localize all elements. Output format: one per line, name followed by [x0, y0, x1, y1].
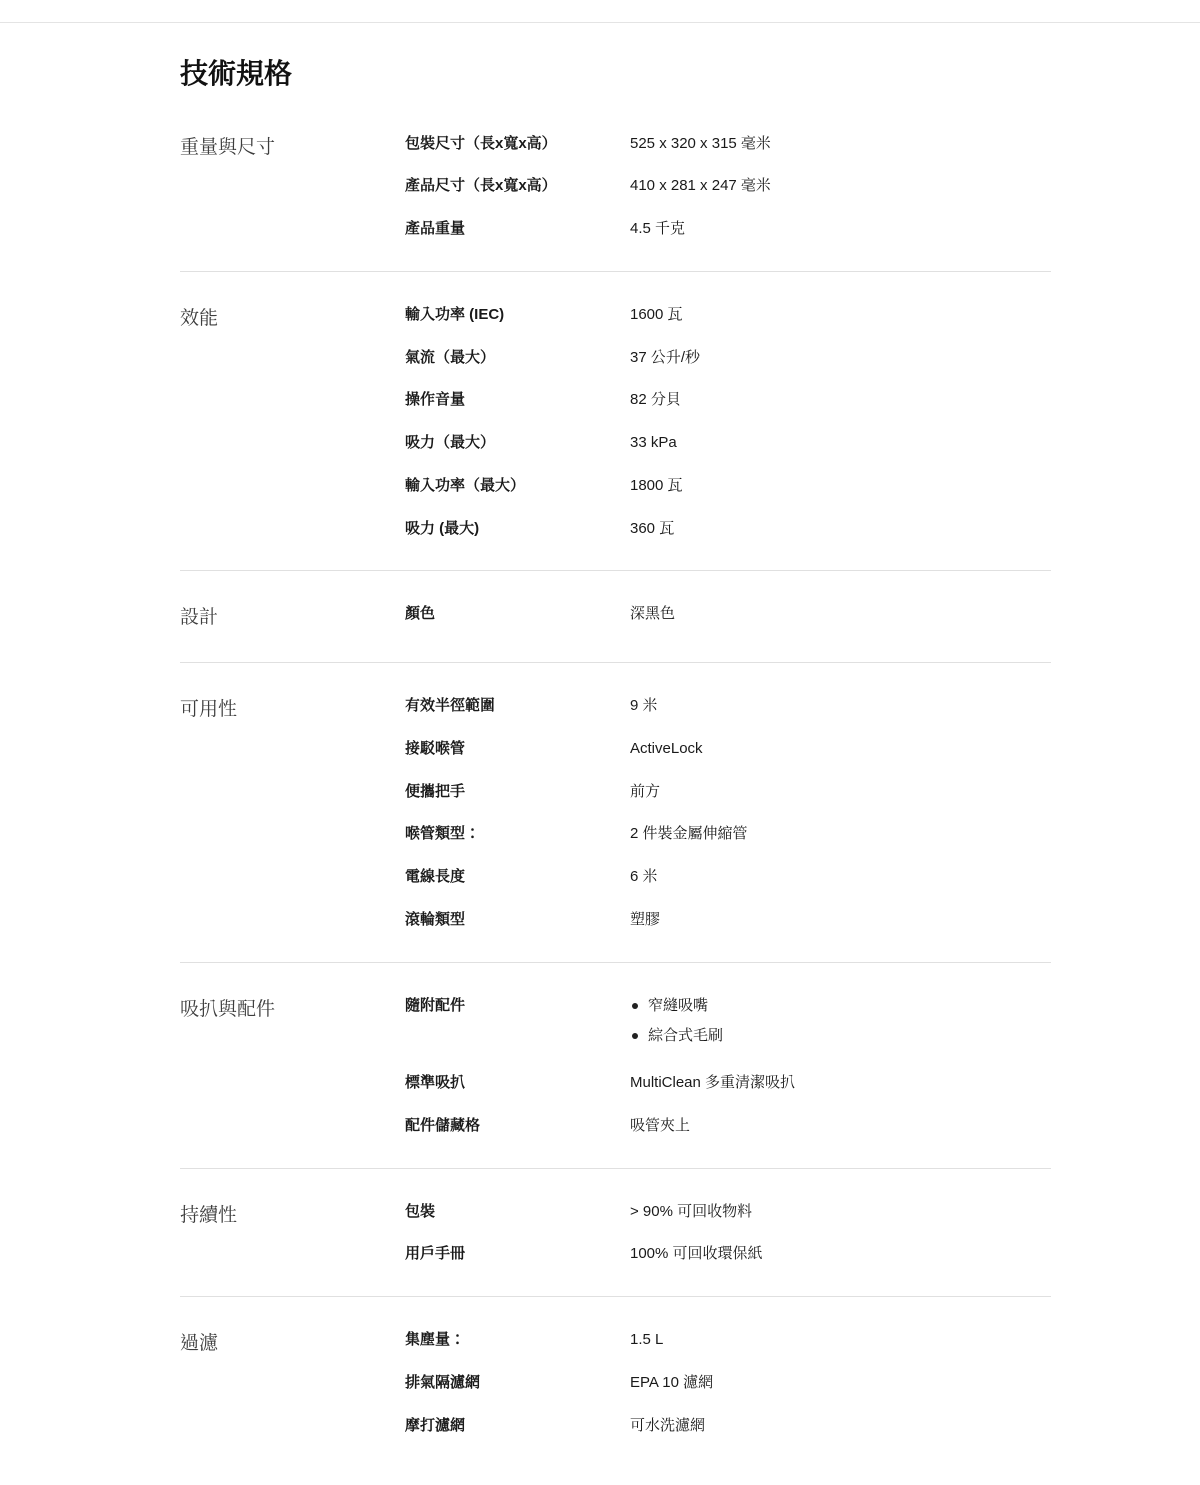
spec-row: 輸入功率（最大）1800 瓦: [405, 477, 1051, 496]
spec-list-item: 綜合式毛刷: [630, 1027, 1051, 1046]
spec-section: 過濾集塵量：1.5 L排氣隔濾網EPA 10 濾網摩打濾網可水洗濾網: [180, 1297, 1051, 1467]
spec-value: 吸管夾上: [630, 1117, 1051, 1136]
spec-row: 標準吸扒MultiClean 多重清潔吸扒: [405, 1074, 1051, 1093]
bullet-icon: [632, 1033, 638, 1039]
spec-name: 排氣隔濾網: [405, 1374, 630, 1393]
spec-row: 滾輪類型塑膠: [405, 911, 1051, 930]
spec-value: 410 x 281 x 247 毫米: [630, 177, 1051, 196]
spec-value: ActiveLock: [630, 740, 1051, 759]
spec-name: 用戶手冊: [405, 1245, 630, 1264]
spec-name: 有效半徑範圍: [405, 697, 630, 716]
spec-row: 喉管類型：2 件裝金屬伸縮管: [405, 825, 1051, 844]
spec-row: 接駁喉管ActiveLock: [405, 740, 1051, 759]
section-rows: 顏色深黑色: [405, 605, 1051, 630]
spec-value: 33 kPa: [630, 434, 1051, 453]
spec-value: 9 米: [630, 697, 1051, 716]
spec-name: 配件儲藏格: [405, 1117, 630, 1136]
spec-row: 吸力 (最大)360 瓦: [405, 520, 1051, 539]
spec-page: 技術規格 重量與尺寸包裝尺寸（長x寬x高）525 x 320 x 315 毫米產…: [0, 57, 1200, 1485]
spec-name: 隨附配件: [405, 997, 630, 1047]
spec-row: 配件儲藏格吸管夾上: [405, 1117, 1051, 1136]
spec-value: 4.5 千克: [630, 220, 1051, 239]
spec-row: 用戶手冊100% 可回收環保紙: [405, 1245, 1051, 1264]
spec-value: 1600 瓦: [630, 306, 1051, 325]
spec-section: 持續性包裝> 90% 可回收物料用戶手冊100% 可回收環保紙: [180, 1169, 1051, 1298]
spec-row: 電線長度6 米: [405, 868, 1051, 887]
spec-value: 1.5 L: [630, 1331, 1051, 1350]
section-rows: 輸入功率 (IEC)1600 瓦氣流（最大）37 公升/秒操作音量82 分貝吸力…: [405, 306, 1051, 539]
spec-name: 輸入功率 (IEC): [405, 306, 630, 325]
section-label: 持續性: [180, 1203, 405, 1265]
spec-row: 輸入功率 (IEC)1600 瓦: [405, 306, 1051, 325]
spec-section: 可用性有效半徑範圍9 米接駁喉管ActiveLock便攜把手前方喉管類型：2 件…: [180, 663, 1051, 963]
spec-row: 氣流（最大）37 公升/秒: [405, 349, 1051, 368]
spec-row: 吸力（最大）33 kPa: [405, 434, 1051, 453]
spec-section: 重量與尺寸包裝尺寸（長x寬x高）525 x 320 x 315 毫米產品尺寸（長…: [180, 101, 1051, 272]
section-rows: 包裝尺寸（長x寬x高）525 x 320 x 315 毫米產品尺寸（長x寬x高）…: [405, 135, 1051, 239]
spec-name: 氣流（最大）: [405, 349, 630, 368]
page-top-divider: [0, 22, 1200, 23]
page-title: 技術規格: [180, 57, 1051, 91]
section-rows: 隨附配件窄縫吸嘴綜合式毛刷標準吸扒MultiClean 多重清潔吸扒配件儲藏格吸…: [405, 997, 1051, 1136]
spec-value-list: 窄縫吸嘴綜合式毛刷: [630, 997, 1051, 1047]
spec-name: 產品尺寸（長x寬x高）: [405, 177, 630, 196]
spec-row: 包裝> 90% 可回收物料: [405, 1203, 1051, 1222]
spec-value: 37 公升/秒: [630, 349, 1051, 368]
spec-value: 360 瓦: [630, 520, 1051, 539]
section-label: 可用性: [180, 697, 405, 930]
spec-value: 1800 瓦: [630, 477, 1051, 496]
spec-value: 6 米: [630, 868, 1051, 887]
spec-name: 摩打濾網: [405, 1417, 630, 1436]
spec-name: 產品重量: [405, 220, 630, 239]
spec-row: 排氣隔濾網EPA 10 濾網: [405, 1374, 1051, 1393]
section-label: 吸扒與配件: [180, 997, 405, 1136]
section-label: 重量與尺寸: [180, 135, 405, 239]
spec-name: 集塵量：: [405, 1331, 630, 1350]
spec-name: 顏色: [405, 605, 630, 624]
section-label: 效能: [180, 306, 405, 539]
spec-name: 包裝尺寸（長x寬x高）: [405, 135, 630, 154]
spec-row: 顏色深黑色: [405, 605, 1051, 624]
spec-value: EPA 10 濾網: [630, 1374, 1051, 1393]
spec-name: 吸力（最大）: [405, 434, 630, 453]
spec-row: 有效半徑範圍9 米: [405, 697, 1051, 716]
spec-row: 集塵量：1.5 L: [405, 1331, 1051, 1350]
spec-row: 產品尺寸（長x寬x高）410 x 281 x 247 毫米: [405, 177, 1051, 196]
spec-row: 摩打濾網可水洗濾網: [405, 1417, 1051, 1436]
spec-section: 設計顏色深黑色: [180, 571, 1051, 663]
spec-name: 標準吸扒: [405, 1074, 630, 1093]
spec-value: MultiClean 多重清潔吸扒: [630, 1074, 1051, 1093]
spec-list-item-label: 綜合式毛刷: [648, 1027, 723, 1046]
spec-name: 包裝: [405, 1203, 630, 1222]
spec-value: 82 分貝: [630, 391, 1051, 410]
spec-row: 產品重量4.5 千克: [405, 220, 1051, 239]
spec-name: 電線長度: [405, 868, 630, 887]
spec-section: 吸扒與配件隨附配件窄縫吸嘴綜合式毛刷標準吸扒MultiClean 多重清潔吸扒配…: [180, 963, 1051, 1169]
spec-value: 2 件裝金屬伸縮管: [630, 825, 1051, 844]
spec-name: 輸入功率（最大）: [405, 477, 630, 496]
spec-value: 100% 可回收環保紙: [630, 1245, 1051, 1264]
spec-sections: 重量與尺寸包裝尺寸（長x寬x高）525 x 320 x 315 毫米產品尺寸（長…: [180, 101, 1051, 1468]
section-label: 設計: [180, 605, 405, 630]
spec-name: 操作音量: [405, 391, 630, 410]
spec-name: 吸力 (最大): [405, 520, 630, 539]
spec-list-item-label: 窄縫吸嘴: [648, 997, 708, 1016]
spec-name: 滾輪類型: [405, 911, 630, 930]
spec-value: > 90% 可回收物料: [630, 1203, 1051, 1222]
spec-row: 操作音量82 分貝: [405, 391, 1051, 410]
spec-name: 便攜把手: [405, 783, 630, 802]
section-rows: 包裝> 90% 可回收物料用戶手冊100% 可回收環保紙: [405, 1203, 1051, 1265]
spec-row: 包裝尺寸（長x寬x高）525 x 320 x 315 毫米: [405, 135, 1051, 154]
spec-value: 前方: [630, 783, 1051, 802]
spec-section: 效能輸入功率 (IEC)1600 瓦氣流（最大）37 公升/秒操作音量82 分貝…: [180, 272, 1051, 572]
section-rows: 有效半徑範圍9 米接駁喉管ActiveLock便攜把手前方喉管類型：2 件裝金屬…: [405, 697, 1051, 930]
spec-value: 525 x 320 x 315 毫米: [630, 135, 1051, 154]
section-rows: 集塵量：1.5 L排氣隔濾網EPA 10 濾網摩打濾網可水洗濾網: [405, 1331, 1051, 1435]
spec-row: 隨附配件窄縫吸嘴綜合式毛刷: [405, 997, 1051, 1047]
spec-row: 便攜把手前方: [405, 783, 1051, 802]
spec-name: 接駁喉管: [405, 740, 630, 759]
spec-name: 喉管類型：: [405, 825, 630, 844]
spec-value: 深黑色: [630, 605, 1051, 624]
spec-value: 可水洗濾網: [630, 1417, 1051, 1436]
spec-list-item: 窄縫吸嘴: [630, 997, 1051, 1016]
bullet-icon: [632, 1003, 638, 1009]
section-label: 過濾: [180, 1331, 405, 1435]
spec-value: 塑膠: [630, 911, 1051, 930]
